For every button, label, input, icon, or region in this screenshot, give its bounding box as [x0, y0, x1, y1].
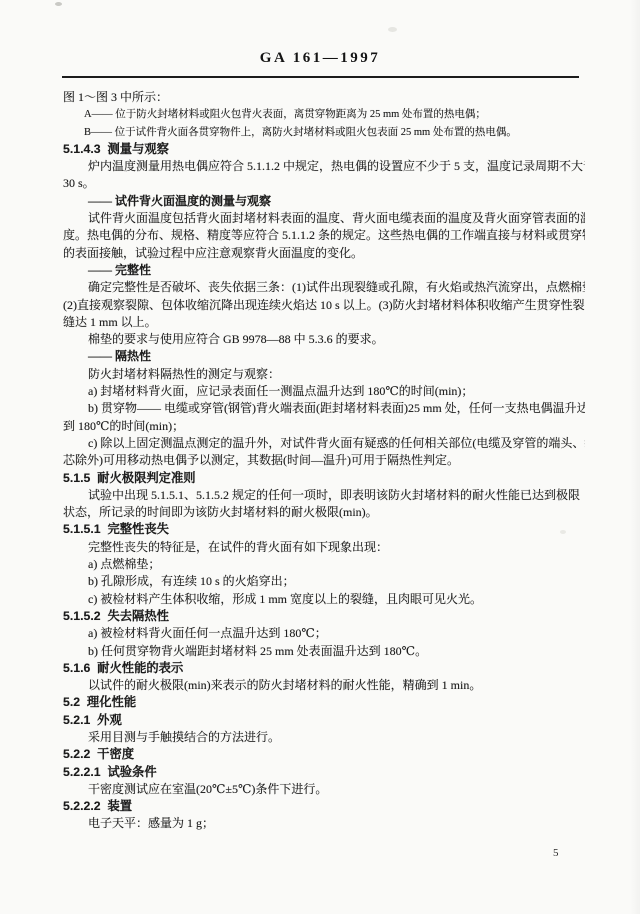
body-text-line: 炉内温度测量用热电偶应符合 5.1.1.2 中规定，热电偶的设置应不少于 5 支…: [63, 158, 585, 175]
section-heading-5-2: 5.2 理化性能: [63, 694, 585, 711]
body-text-line: 芯除外)可用移动热电偶予以测定，其数据(时间—温升)可用于隔热性判定。: [63, 452, 585, 469]
list-item-b: b) 孔隙形成，有连续 10 s 的火焰穿出；: [63, 573, 585, 590]
list-item-c: c) 被检材料产生体积收缩，形成 1 mm 宽度以上的裂缝，且肉眼可见火光。: [63, 591, 585, 608]
scanned-document-page: GA 161—1997 图 1～图 3 中所示： A—— 位于防火封堵材料或阻火…: [0, 0, 640, 914]
list-item-a: a) 点燃棉垫；: [63, 556, 585, 573]
legend-line-b: B—— 位于试件背火面各贯穿物件上，离防火封堵材料或阻火包表面 25 mm 处布…: [63, 124, 585, 141]
body-text-line: 缝达 1 mm 以上。: [63, 314, 585, 331]
scan-artifact: [55, 2, 62, 6]
dash-subheading: —— 试件背火面温度的测量与观察: [63, 193, 585, 210]
list-item-b: b) 贯穿物—— 电缆或穿管(钢管)背火端表面(距封堵材料表面)25 mm 处，…: [63, 400, 585, 417]
page-number: 5: [553, 847, 559, 859]
section-heading-5-1-6: 5.1.6 耐火性能的表示: [63, 660, 585, 677]
body-text-line: 试验中出现 5.1.5.1、5.1.5.2 规定的任何一项时，即表明该防火封堵材…: [63, 487, 585, 504]
section-heading-5-2-2-2: 5.2.2.2 装置: [63, 798, 585, 815]
figure-reference-line: 图 1～图 3 中所示：: [63, 89, 585, 106]
dash-subheading: —— 隔热性: [63, 348, 585, 365]
body-text-line: 试件背火面温度包括背火面封堵材料表面的温度、背火面电缆表面的温度及背火面穿管表面…: [63, 210, 585, 227]
legend-line-a: A—— 位于防火封堵材料或阻火包背火表面，离贯穿物距离为 25 mm 处布置的热…: [63, 106, 585, 123]
section-heading-5-2-1: 5.2.1 外观: [63, 712, 585, 729]
body-text-line: 30 s。: [63, 175, 585, 192]
section-heading-5-1-5-2: 5.1.5.2 失去隔热性: [63, 608, 585, 625]
body-text-line: 以试件的耐火极限(min)来表示的防火封堵材料的耐火性能，精确到 1 min。: [63, 677, 585, 694]
body-text-line: 状态，所记录的时间即为该防火封堵材料的耐火极限(min)。: [63, 504, 585, 521]
dash-subheading: —— 完整性: [63, 262, 585, 279]
body-text-line: 的表面接触，试验过程中应注意观察背火面温度的变化。: [63, 245, 585, 262]
list-item-b: b) 任何贯穿物背火端距封堵材料 25 mm 处表面温升达到 180℃。: [63, 643, 585, 660]
body-text-line: 确定完整性是否破坏、丧失依据三条：(1)试件出现裂缝或孔隙，有火焰或热汽流穿出，…: [63, 279, 585, 296]
document-body: 图 1～图 3 中所示： A—— 位于防火封堵材料或阻火包背火表面，离贯穿物距离…: [63, 89, 585, 833]
body-text-line: 干密度测试应在室温(20℃±5℃)条件下进行。: [63, 781, 585, 798]
body-text-line: 度。热电偶的分布、规格、精度等应符合 5.1.1.2 条的规定。这些热电偶的工作…: [63, 227, 585, 244]
body-text-line: 棉垫的要求与使用应符合 GB 9978—88 中 5.3.6 的要求。: [63, 331, 585, 348]
body-text-line: 完整性丧失的特征是，在试件的背火面有如下现象出现：: [63, 539, 585, 556]
body-text-line: 到 180℃的时间(min)；: [63, 418, 585, 435]
section-heading-5-2-2-1: 5.2.2.1 试验条件: [63, 764, 585, 781]
body-text-line: 电子天平：感量为 1 g；: [63, 815, 585, 832]
list-item-a: a) 被检材料背火面任何一点温升达到 180℃；: [63, 625, 585, 642]
body-text-line: (2)直接观察裂隙、包体收缩沉降出现连续火焰达 10 s 以上。(3)防火封堵材…: [63, 297, 585, 314]
header-rule: [62, 76, 579, 78]
list-item-c: c) 除以上固定测温点测定的温升外，对试件背火面有疑惑的任何相关部位(电缆及穿管…: [63, 435, 585, 452]
standard-number-header: GA 161—1997: [0, 50, 640, 67]
body-text-line: 采用目测与手触摸结合的方法进行。: [63, 729, 585, 746]
body-text-line: 防火封堵材料隔热性的测定与观察：: [63, 366, 585, 383]
list-item-a: a) 封堵材料背火面，应记录表面任一测温点温升达到 180℃的时间(min)；: [63, 383, 585, 400]
section-heading-5-1-4-3: 5.1.4.3 测量与观察: [63, 141, 585, 158]
scan-artifact: [388, 27, 397, 32]
section-heading-5-1-5: 5.1.5 耐火极限判定准则: [63, 470, 585, 487]
section-heading-5-1-5-1: 5.1.5.1 完整性丧失: [63, 521, 585, 538]
section-heading-5-2-2: 5.2.2 干密度: [63, 746, 585, 763]
scan-edge-shade: [630, 0, 640, 914]
